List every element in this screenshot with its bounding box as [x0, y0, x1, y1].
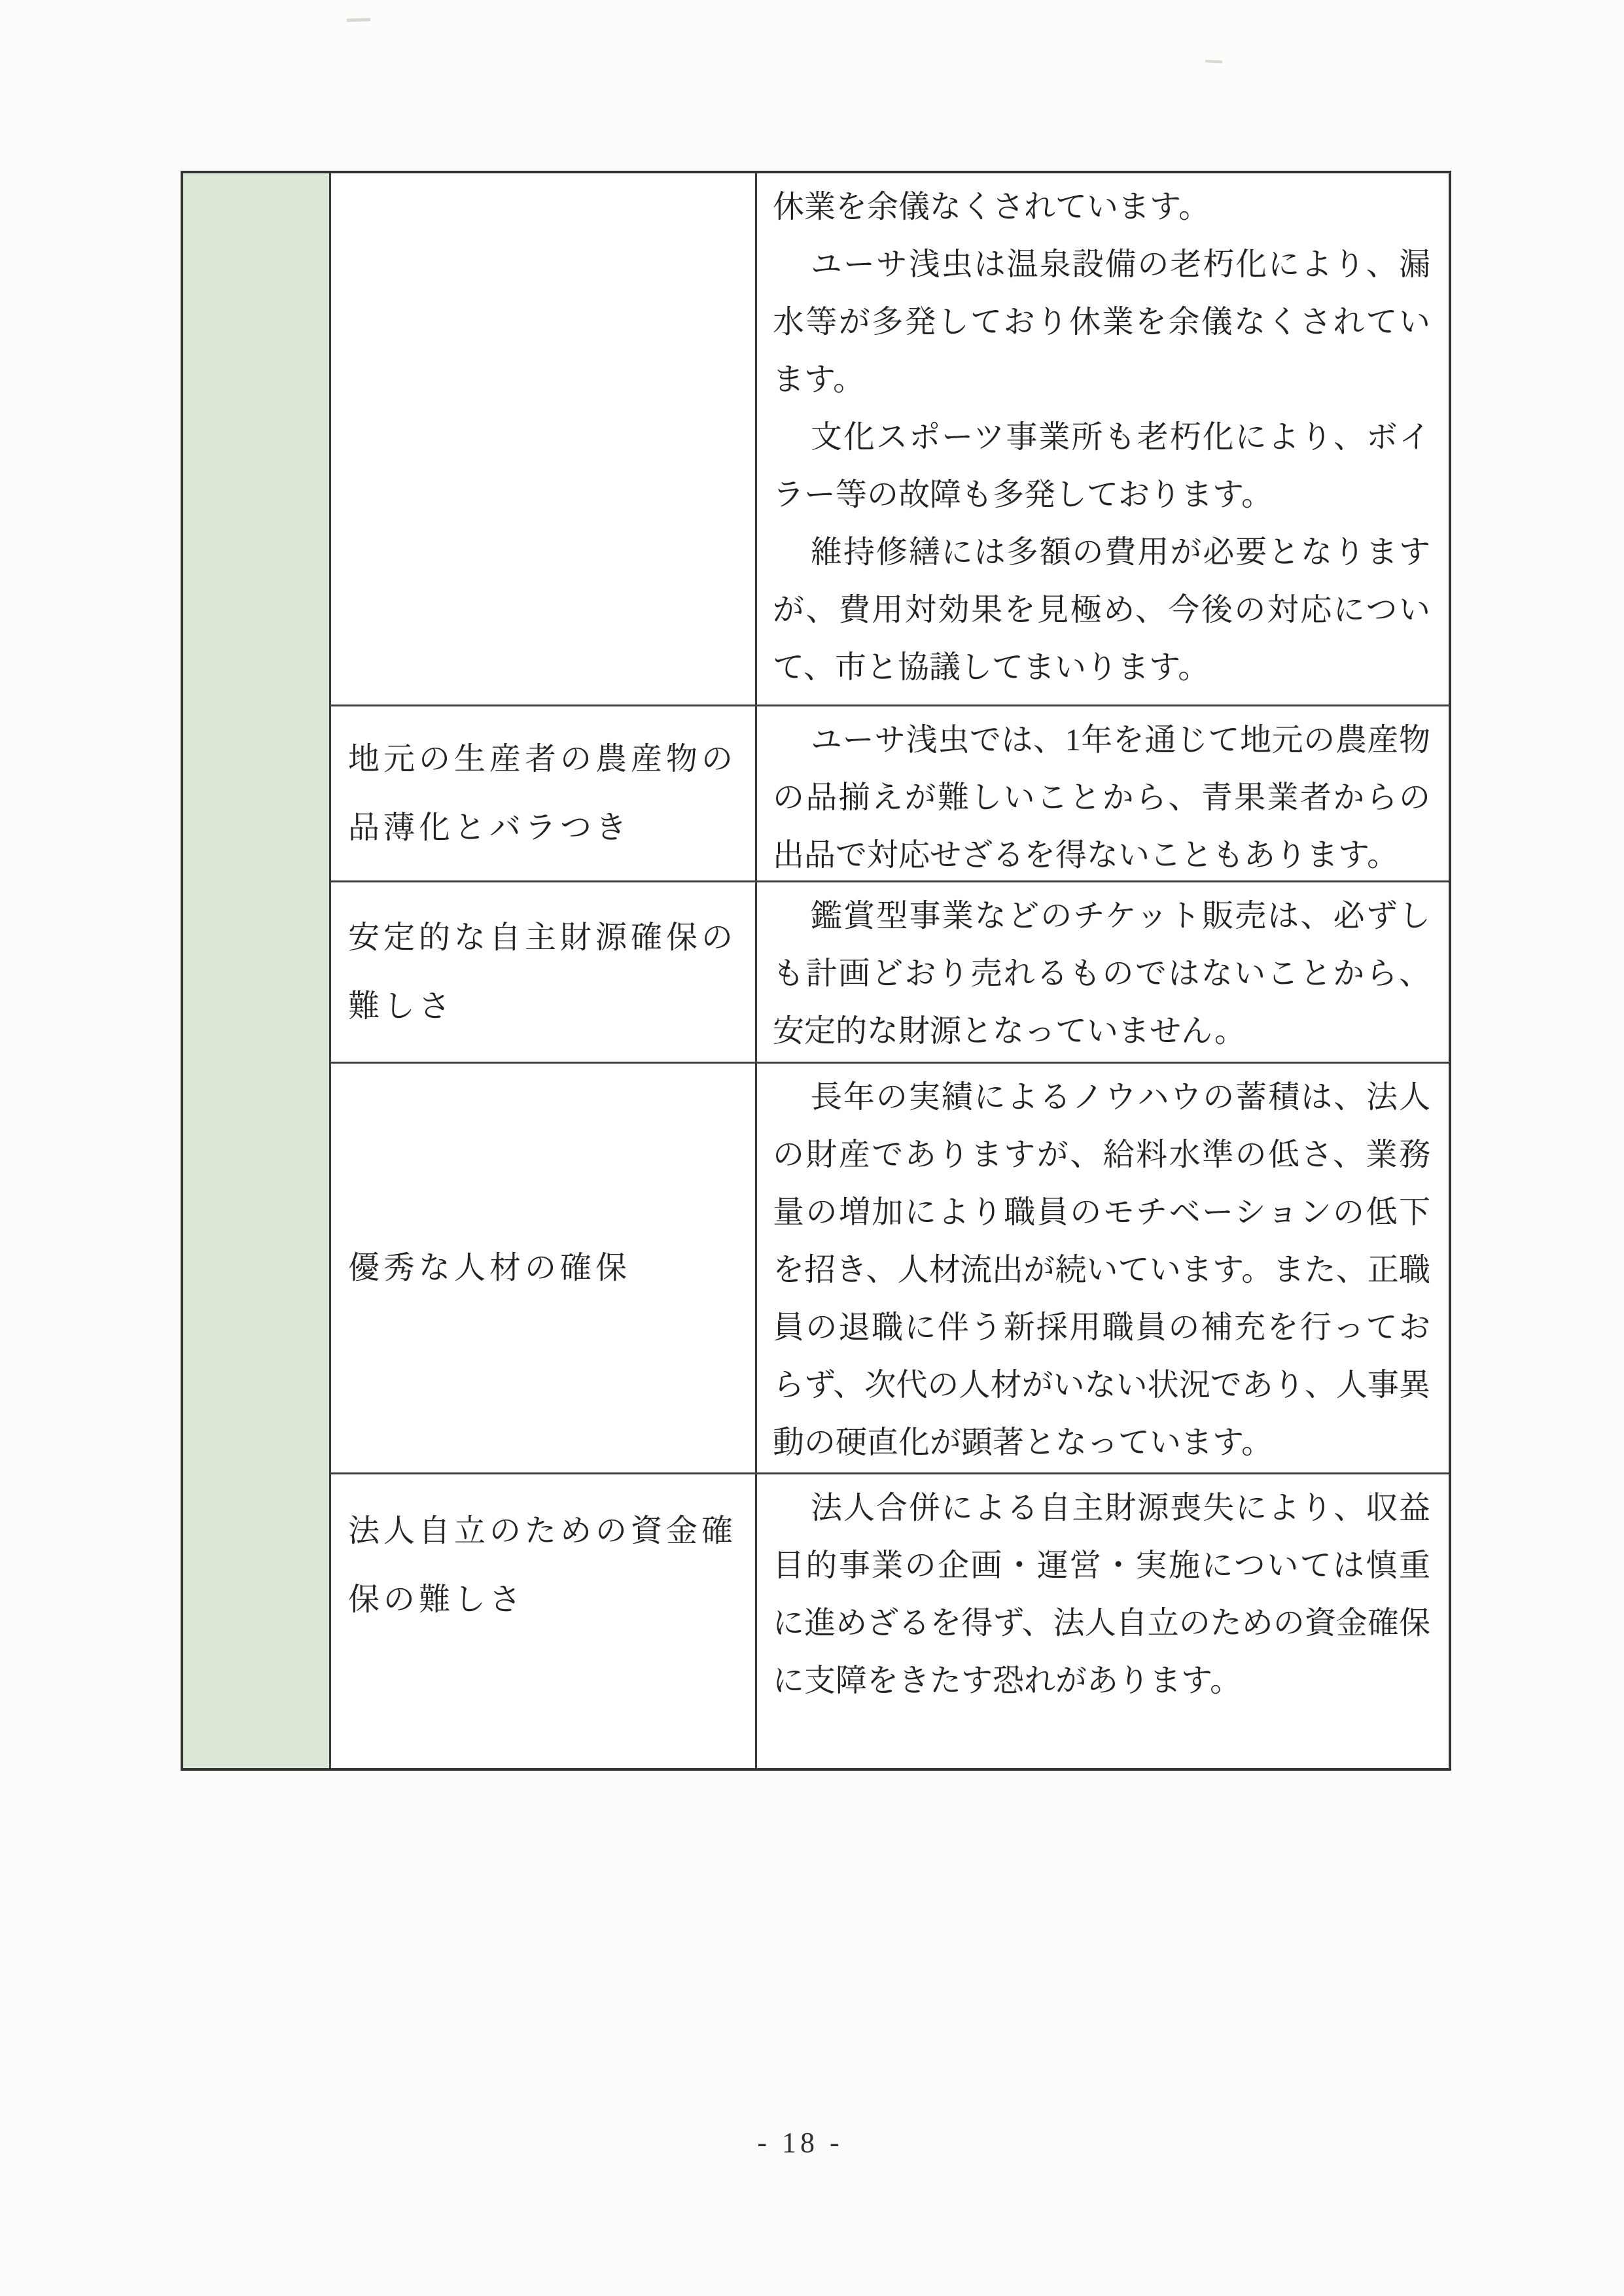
- body-paragraph: ユーサ浅虫は温泉設備の老朽化により、漏水等が多発しており休業を余儀なくされていま…: [773, 236, 1430, 409]
- row-body-cell: 鑑賞型事業などのチケット販売は、必ずしも計画どおり売れるものではないことから、安…: [757, 880, 1449, 1062]
- issues-table: 休業を余儀なくされています。 ユーサ浅虫は温泉設備の老朽化により、漏水等が多発し…: [181, 171, 1451, 1771]
- row-label: 法人自立のための資金確保の難しさ: [348, 1497, 741, 1634]
- row-label-cell: [331, 173, 757, 704]
- row-label-cell: 安定的な自主財源確保の難しさ: [331, 880, 757, 1062]
- body-paragraph: 長年の実績によるノウハウの蓄積は、法人の財産でありますが、給料水準の低さ、業務量…: [773, 1069, 1430, 1472]
- row-label: 地元の生産者の農産物の品薄化とバラつき: [348, 725, 741, 862]
- row-body-cell: ユーサ浅虫では、1年を通じて地元の農産物の品揃えが難しいことから、青果業者からの…: [757, 704, 1449, 880]
- row-body-cell: 長年の実績によるノウハウの蓄積は、法人の財産でありますが、給料水準の低さ、業務量…: [757, 1062, 1449, 1472]
- row-label: 優秀な人材の確保: [348, 1234, 741, 1302]
- category-highlight-column: [183, 173, 331, 1768]
- body-paragraph: 維持修繕には多額の費用が必要となりますが、費用対効果を見極め、今後の対応について…: [773, 524, 1430, 697]
- row-body-cell: 休業を余儀なくされています。 ユーサ浅虫は温泉設備の老朽化により、漏水等が多発し…: [757, 173, 1449, 704]
- scan-artifact: [1205, 60, 1222, 63]
- row-label-cell: 地元の生産者の農産物の品薄化とバラつき: [331, 704, 757, 880]
- body-paragraph: 鑑賞型事業などのチケット販売は、必ずしも計画どおり売れるものではないことから、安…: [773, 888, 1430, 1060]
- document-page: 休業を余儀なくされています。 ユーサ浅虫は温泉設備の老朽化により、漏水等が多発し…: [0, 0, 1624, 2296]
- body-paragraph: 休業を余儀なくされています。: [773, 179, 1430, 236]
- row-label-cell: 法人自立のための資金確保の難しさ: [331, 1472, 757, 1768]
- page-number: - 18 -: [0, 2123, 1612, 2163]
- row-body-cell: 法人合併による自主財源喪失により、収益目的事業の企画・運営・実施については慎重に…: [757, 1472, 1449, 1768]
- scan-artifact: [347, 18, 370, 22]
- row-label: 安定的な自主財源確保の難しさ: [348, 903, 741, 1041]
- body-paragraph: 文化スポーツ事業所も老朽化により、ボイラー等の故障も多発しております。: [773, 409, 1430, 524]
- body-paragraph: 法人合併による自主財源喪失により、収益目的事業の企画・運営・実施については慎重に…: [773, 1480, 1430, 1710]
- body-paragraph: ユーサ浅虫では、1年を通じて地元の農産物の品揃えが難しいことから、青果業者からの…: [773, 712, 1430, 884]
- row-label-cell: 優秀な人材の確保: [331, 1062, 757, 1472]
